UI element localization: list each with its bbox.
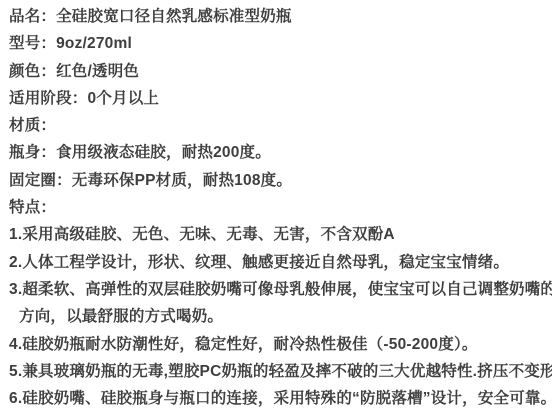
- line-color: 颜色：红色/透明色: [9, 58, 552, 85]
- line-feature-5: 5.兼具玻璃奶瓶的无毒,塑胶PC奶瓶的轻盈及摔不破的三大优越特性.挤压不变形。: [9, 358, 552, 385]
- line-applicable-stage: 适用阶段：0个月以上: [9, 85, 552, 112]
- line-feature-6: 6.硅胶奶嘴、硅胶瓶身与瓶口的连接，采用特殊的“防脱落槽”设计，安全可靠。: [9, 385, 552, 409]
- line-feature-2: 2.人体工程学设计，形状、纹理、触感更接近自然母乳，稳定宝宝情绪。: [9, 249, 552, 276]
- line-model: 型号：9oz/270ml: [9, 30, 552, 57]
- line-bottle-body: 瓶身：食用级液态硅胶，耐热200度。: [9, 139, 552, 166]
- line-feature-1: 1.采用高级硅胶、无色、无味、无毒、无害，不含双酚A: [9, 221, 552, 248]
- line-feature-3-continued: 方向，以最舒服的方式喝奶。: [9, 303, 552, 330]
- line-features-header: 特点：: [9, 194, 552, 221]
- product-description-sheet: 品名：全硅胶宽口径自然乳感标准型奶瓶 型号：9oz/270ml 颜色：红色/透明…: [0, 0, 552, 409]
- line-feature-3: 3.超柔软、高弹性的双层硅胶奶嘴可像母乳般伸展，使宝宝可以自己调整奶嘴的: [9, 276, 552, 303]
- line-fixing-ring: 固定圈：无毒环保PP材质，耐热108度。: [9, 167, 552, 194]
- line-product-name: 品名：全硅胶宽口径自然乳感标准型奶瓶: [9, 3, 552, 30]
- line-feature-4: 4.硅胶奶瓶耐水防潮性好，稳定性好，耐冷热性极佳（-50-200度）。: [9, 331, 552, 358]
- line-material-header: 材质：: [9, 112, 552, 139]
